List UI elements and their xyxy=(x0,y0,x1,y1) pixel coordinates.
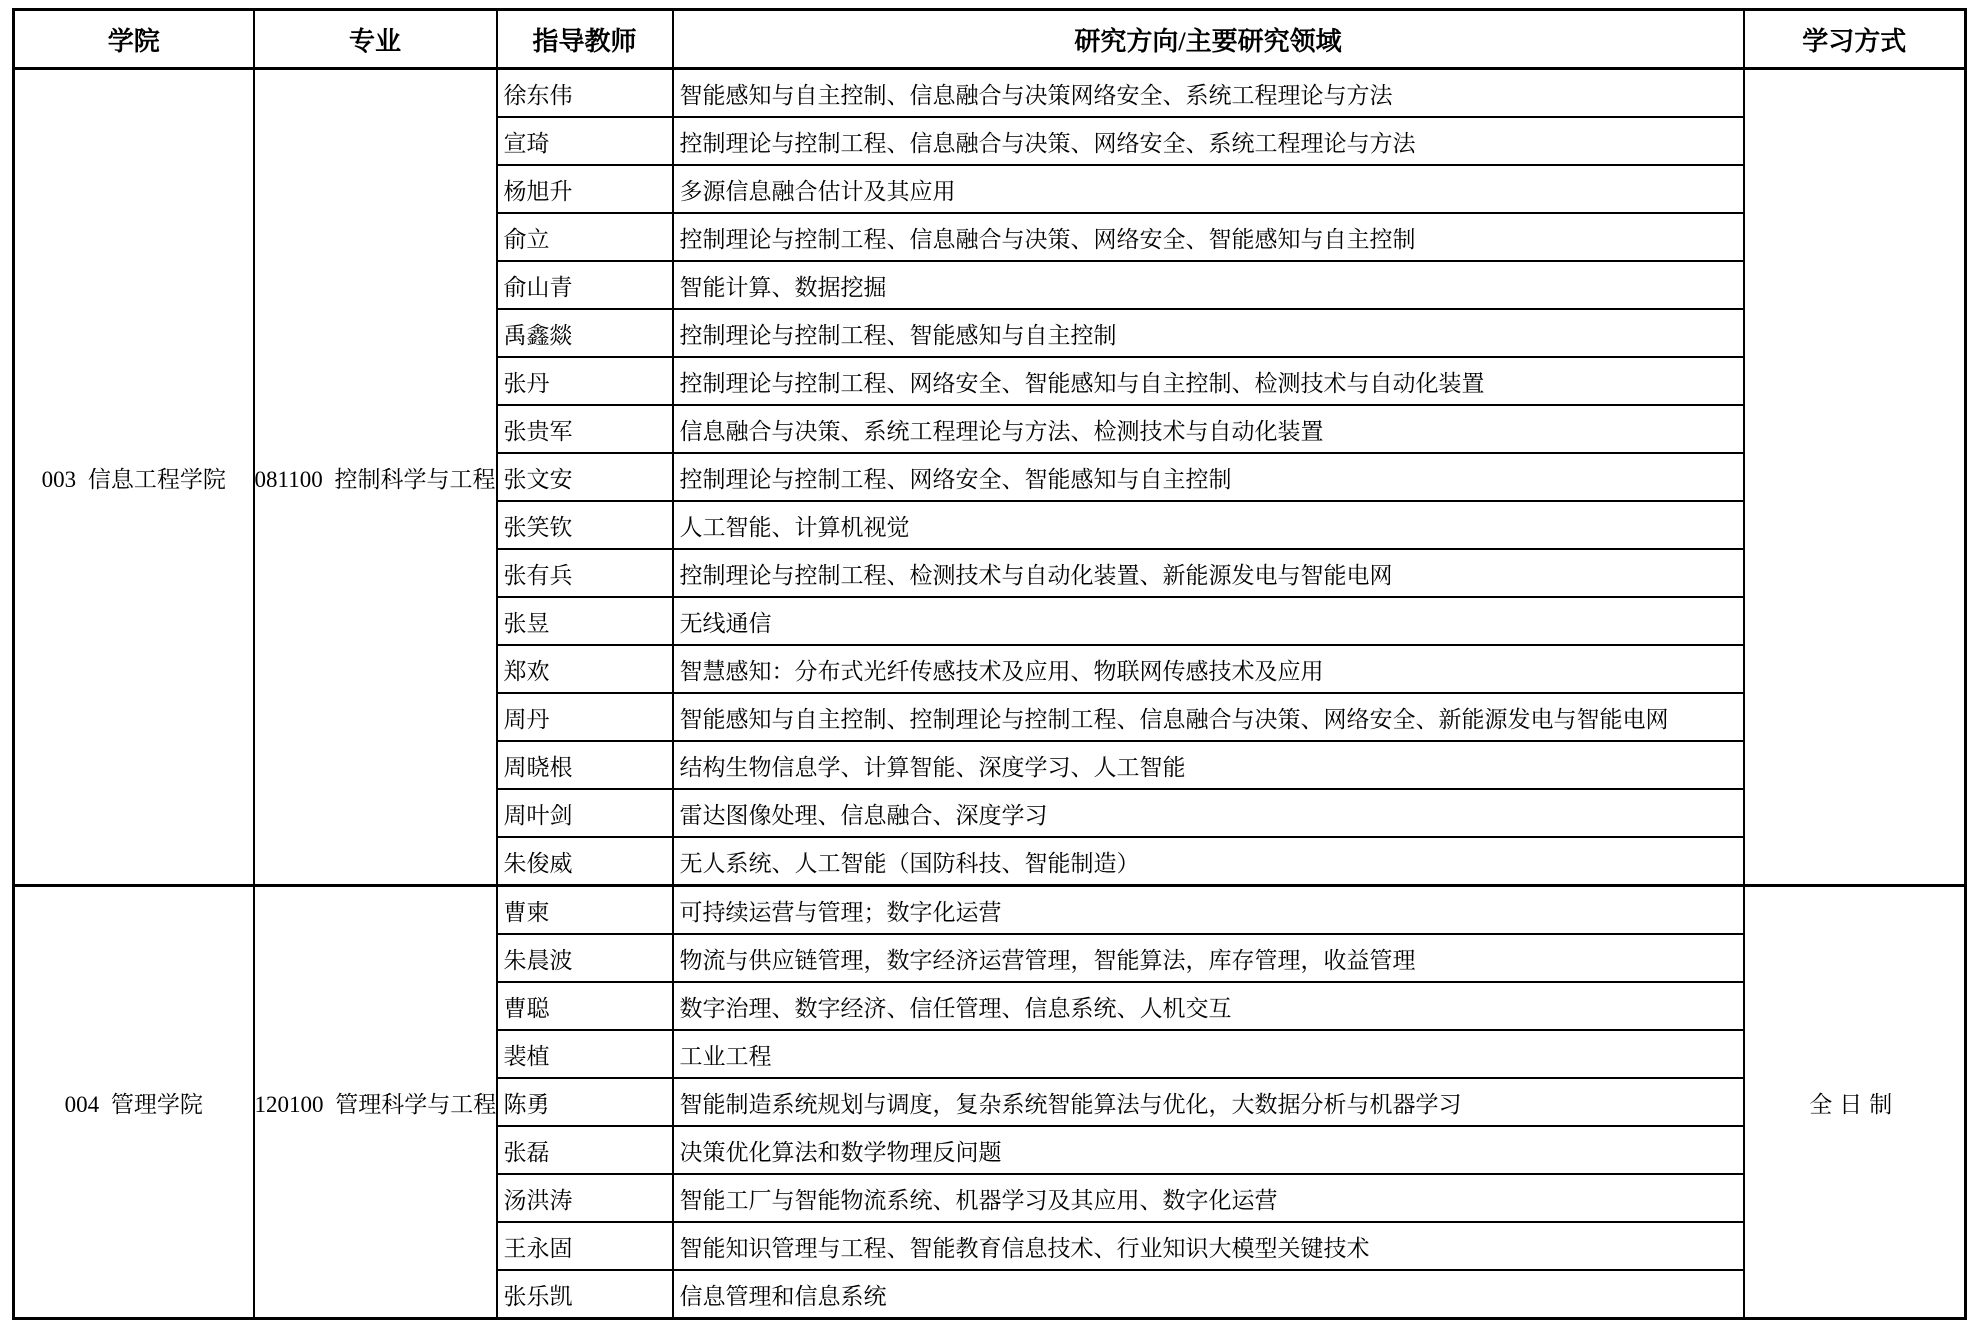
research-cell: 无人系统、人工智能（国防科技、智能制造） xyxy=(673,837,1744,886)
teacher-cell: 周晓根 xyxy=(497,741,673,789)
teacher-cell: 朱俊威 xyxy=(497,837,673,886)
research-cell: 智能工厂与智能物流系统、机器学习及其应用、数字化运营 xyxy=(673,1174,1744,1222)
research-cell: 智慧感知：分布式光纤传感技术及应用、物联网传感技术及应用 xyxy=(673,645,1744,693)
teacher-cell: 张有兵 xyxy=(497,549,673,597)
teacher-cell: 曹柬 xyxy=(497,886,673,935)
teacher-cell: 张丹 xyxy=(497,357,673,405)
research-cell: 智能感知与自主控制、控制理论与控制工程、信息融合与决策、网络安全、新能源发电与智… xyxy=(673,693,1744,741)
college-cell: 003 信息工程学院 xyxy=(14,69,254,886)
header-study-mode: 学习方式 xyxy=(1744,10,1966,69)
research-cell: 无线通信 xyxy=(673,597,1744,645)
header-research: 研究方向/主要研究领域 xyxy=(673,10,1744,69)
research-cell: 数字治理、数字经济、信任管理、信息系统、人机交互 xyxy=(673,982,1744,1030)
college-cell: 004 管理学院 xyxy=(14,886,254,1319)
teacher-cell: 周丹 xyxy=(497,693,673,741)
teacher-cell: 张笑钦 xyxy=(497,501,673,549)
teacher-cell: 张昱 xyxy=(497,597,673,645)
research-cell: 结构生物信息学、计算智能、深度学习、人工智能 xyxy=(673,741,1744,789)
teacher-cell: 杨旭升 xyxy=(497,165,673,213)
research-cell: 雷达图像处理、信息融合、深度学习 xyxy=(673,789,1744,837)
teacher-cell: 汤洪涛 xyxy=(497,1174,673,1222)
research-cell: 控制理论与控制工程、检测技术与自动化装置、新能源发电与智能电网 xyxy=(673,549,1744,597)
advisor-roster-page: 学院 专业 指导教师 研究方向/主要研究领域 学习方式 003 信息工程学院 0… xyxy=(12,8,1967,1320)
teacher-cell: 裴植 xyxy=(497,1030,673,1078)
header-college: 学院 xyxy=(14,10,254,69)
teacher-cell: 郑欢 xyxy=(497,645,673,693)
teacher-cell: 张贵军 xyxy=(497,405,673,453)
research-cell: 控制理论与控制工程、信息融合与决策、网络安全、智能感知与自主控制 xyxy=(673,213,1744,261)
research-cell: 多源信息融合估计及其应用 xyxy=(673,165,1744,213)
teacher-cell: 张磊 xyxy=(497,1126,673,1174)
header-row: 学院 专业 指导教师 研究方向/主要研究领域 学习方式 xyxy=(14,10,1966,69)
research-cell: 物流与供应链管理，数字经济运营管理，智能算法，库存管理，收益管理 xyxy=(673,934,1744,982)
research-cell: 智能计算、数据挖掘 xyxy=(673,261,1744,309)
research-cell: 决策优化算法和数学物理反问题 xyxy=(673,1126,1744,1174)
teacher-cell: 朱晨波 xyxy=(497,934,673,982)
research-cell: 智能制造系统规划与调度，复杂系统智能算法与优化，大数据分析与机器学习 xyxy=(673,1078,1744,1126)
major-cell: 120100 管理科学与工程 xyxy=(254,886,497,1319)
teacher-cell: 俞山青 xyxy=(497,261,673,309)
research-cell: 工业工程 xyxy=(673,1030,1744,1078)
research-cell: 可持续运营与管理；数字化运营 xyxy=(673,886,1744,935)
major-cell: 081100 控制科学与工程 xyxy=(254,69,497,886)
header-teacher: 指导教师 xyxy=(497,10,673,69)
research-cell: 智能知识管理与工程、智能教育信息技术、行业知识大模型关键技术 xyxy=(673,1222,1744,1270)
teacher-cell: 徐东伟 xyxy=(497,69,673,118)
advisor-roster-table: 学院 专业 指导教师 研究方向/主要研究领域 学习方式 003 信息工程学院 0… xyxy=(12,8,1967,1320)
teacher-cell: 张乐凯 xyxy=(497,1270,673,1319)
research-cell: 控制理论与控制工程、信息融合与决策、网络安全、系统工程理论与方法 xyxy=(673,117,1744,165)
research-cell: 控制理论与控制工程、网络安全、智能感知与自主控制、检测技术与自动化装置 xyxy=(673,357,1744,405)
research-cell: 智能感知与自主控制、信息融合与决策网络安全、系统工程理论与方法 xyxy=(673,69,1744,118)
teacher-cell: 陈勇 xyxy=(497,1078,673,1126)
research-cell: 控制理论与控制工程、网络安全、智能感知与自主控制 xyxy=(673,453,1744,501)
teacher-cell: 王永固 xyxy=(497,1222,673,1270)
teacher-cell: 俞立 xyxy=(497,213,673,261)
research-cell: 人工智能、计算机视觉 xyxy=(673,501,1744,549)
research-cell: 信息融合与决策、系统工程理论与方法、检测技术与自动化装置 xyxy=(673,405,1744,453)
table-row: 003 信息工程学院 081100 控制科学与工程 徐东伟 智能感知与自主控制、… xyxy=(14,69,1966,118)
teacher-cell: 宣琦 xyxy=(497,117,673,165)
research-cell: 控制理论与控制工程、智能感知与自主控制 xyxy=(673,309,1744,357)
header-major: 专业 xyxy=(254,10,497,69)
research-cell: 信息管理和信息系统 xyxy=(673,1270,1744,1319)
study-mode-cell: 全日制 xyxy=(1744,886,1966,1319)
teacher-cell: 禹鑫燚 xyxy=(497,309,673,357)
study-mode-cell xyxy=(1744,69,1966,886)
table-row: 004 管理学院 120100 管理科学与工程 曹柬 可持续运营与管理；数字化运… xyxy=(14,886,1966,935)
teacher-cell: 曹聪 xyxy=(497,982,673,1030)
teacher-cell: 周叶剑 xyxy=(497,789,673,837)
teacher-cell: 张文安 xyxy=(497,453,673,501)
